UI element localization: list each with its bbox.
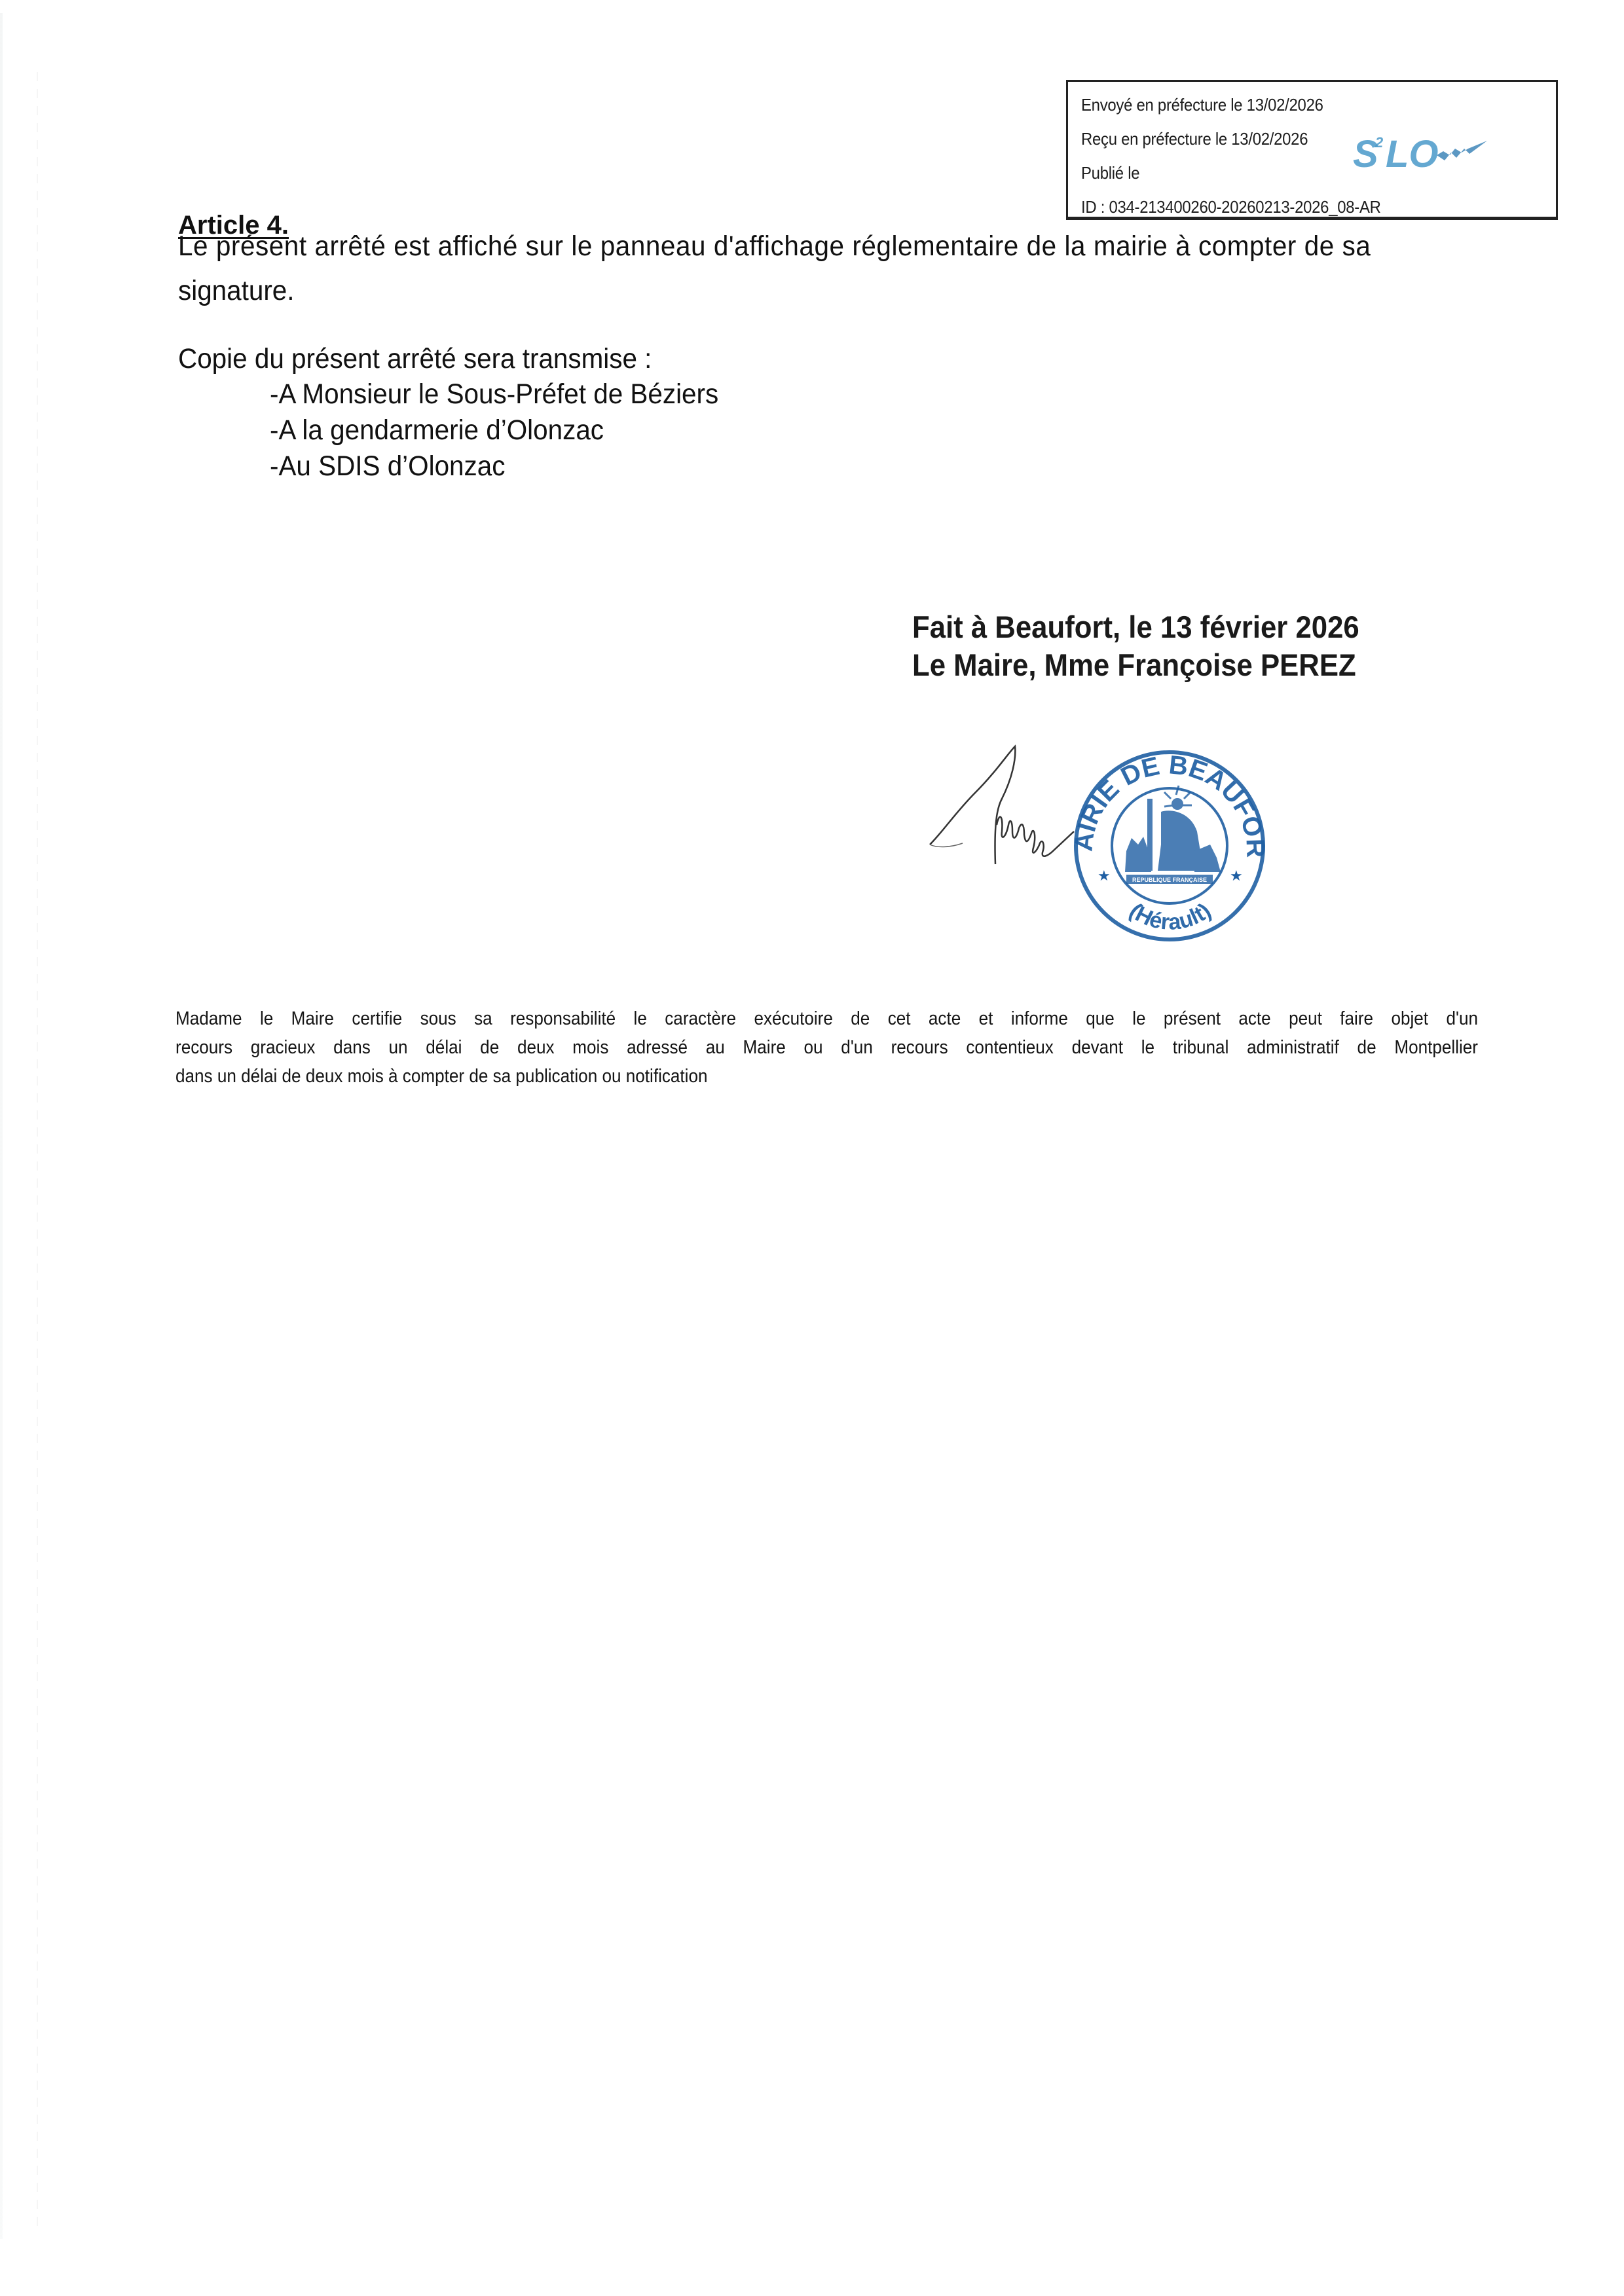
article-paragraph-line: signature. bbox=[178, 275, 295, 307]
article-paragraph-line: Le présent arrêté est affiché sur le pan… bbox=[178, 230, 1371, 263]
recipient-item: -A la gendarmerie d’Olonzac bbox=[270, 414, 604, 446]
legal-notice-line: dans un délai de deux mois à compter de … bbox=[175, 1066, 708, 1087]
scan-edge bbox=[0, 13, 3, 2239]
s2lo-logo-icon: S 2 LO bbox=[1353, 129, 1490, 175]
copies-intro: Copie du présent arrêté sera transmise : bbox=[178, 343, 652, 375]
signatory-name: Le Maire, Mme Françoise PEREZ bbox=[912, 647, 1356, 683]
handwritten-signature-icon bbox=[917, 733, 1087, 884]
svg-text:LO: LO bbox=[1386, 133, 1439, 175]
mairie-seal-icon: MAIRIE DE BEAUFORT (Hérault) ★ ★ REPUBLI… bbox=[1066, 746, 1269, 943]
svg-text:REPUBLIQUE FRANÇAISE: REPUBLIQUE FRANÇAISE bbox=[1132, 877, 1207, 883]
legal-notice-line: Madame le Maire certifie sous sa respons… bbox=[175, 1008, 1478, 1030]
svg-text:★: ★ bbox=[1230, 867, 1243, 884]
stamp-sent-date: Envoyé en préfecture le 13/02/2026 bbox=[1081, 95, 1323, 115]
svg-text:★: ★ bbox=[1098, 867, 1111, 884]
stamp-published: Publié le bbox=[1081, 163, 1139, 183]
svg-text:2: 2 bbox=[1375, 134, 1384, 151]
legal-notice-line: recours gracieux dans un délai de deux m… bbox=[175, 1037, 1478, 1059]
recipient-item: -A Monsieur le Sous-Préfet de Béziers bbox=[270, 378, 718, 410]
recipient-item: -Au SDIS d’Olonzac bbox=[270, 450, 505, 483]
stamp-received-date: Reçu en préfecture le 13/02/2026 bbox=[1081, 129, 1308, 149]
prefecture-stamp: Envoyé en préfecture le 13/02/2026 Reçu … bbox=[1066, 80, 1558, 220]
place-and-date: Fait à Beaufort, le 13 février 2026 bbox=[912, 609, 1359, 645]
scan-margin-marks bbox=[37, 72, 38, 2232]
stamp-act-id: ID : 034-213400260-20260213-2026_08-AR bbox=[1081, 197, 1381, 217]
